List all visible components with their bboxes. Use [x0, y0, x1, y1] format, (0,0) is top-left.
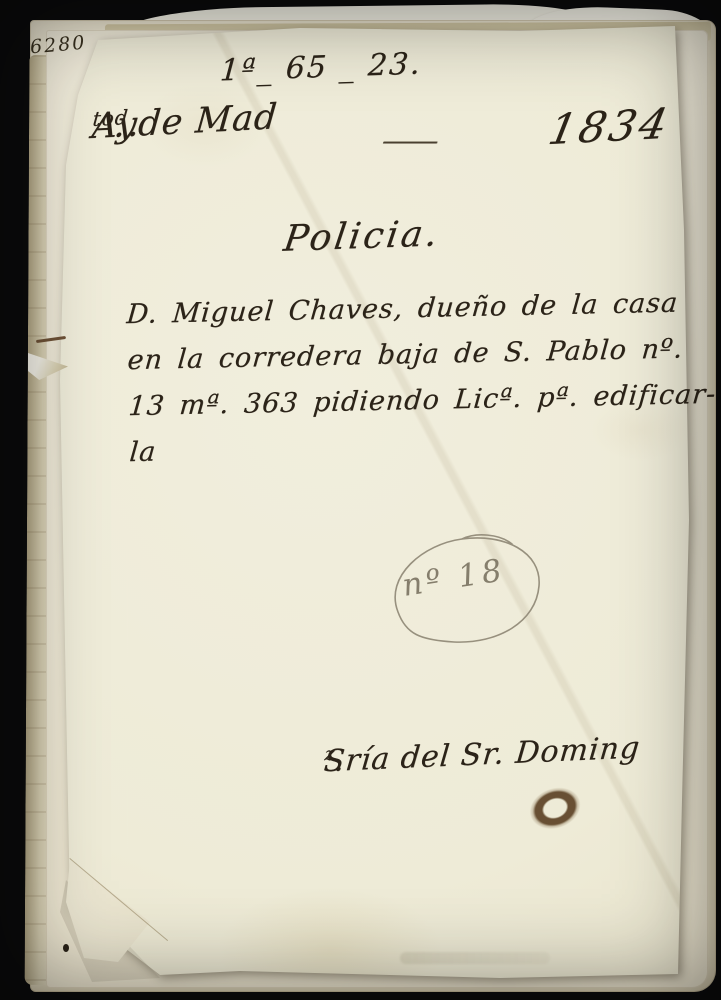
header-separator-dash: —: [381, 124, 440, 157]
secretary-note: Sría del Sr. Domingz.: [322, 744, 336, 780]
body-paragraph: D. Miguel Chaves, dueño de la casa en la…: [126, 280, 716, 476]
header-year: 1834: [544, 99, 674, 154]
worm-hole: [63, 944, 69, 952]
section-title: Policia.: [281, 213, 443, 260]
document-scan-photo: 6280 1ª_ 65 _ 23. Ayto. de Madd. — 1834 …: [0, 0, 721, 1000]
faint-ink-offset-smudge: [400, 952, 550, 964]
file-reference-number: 1ª_ 65 _ 23.: [219, 46, 423, 88]
header-office-label: Ayto. de Madd.: [90, 105, 129, 148]
